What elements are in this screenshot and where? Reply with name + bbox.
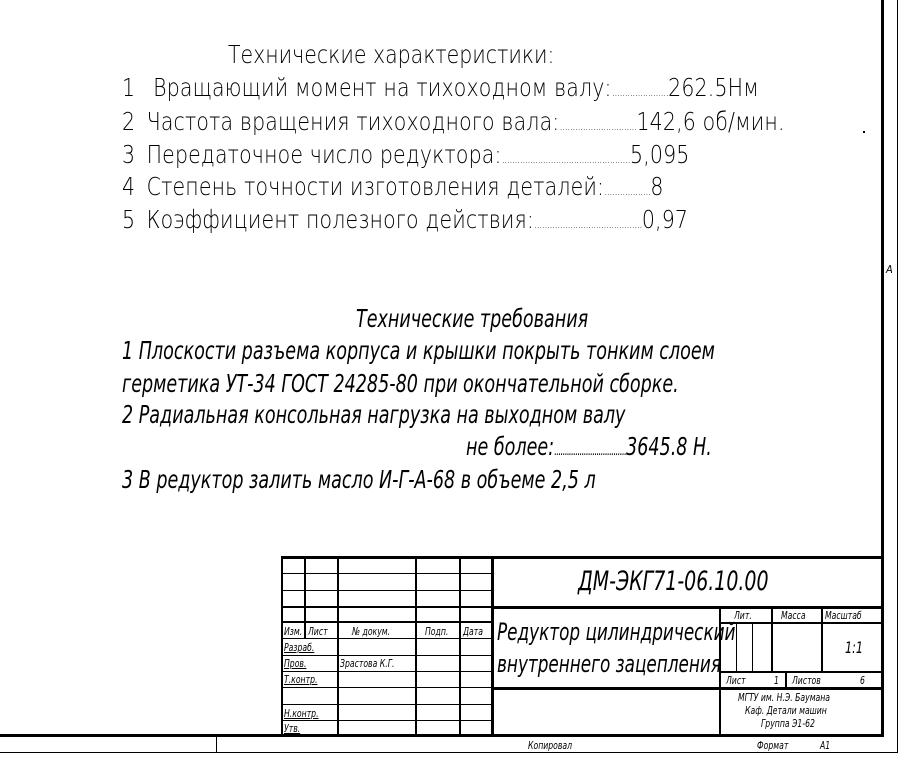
- header-list: Лист: [308, 625, 328, 638]
- requirement-load-line: не более:...............................…: [466, 432, 712, 467]
- characteristic-number: 1: [122, 73, 153, 103]
- bottom-strip-divider: [216, 736, 217, 752]
- format-value: А1: [820, 739, 830, 752]
- characteristic-label: Коэффициент полезного действия:: [147, 205, 534, 234]
- role-nkontr: Н.контр.: [284, 707, 319, 720]
- mass-label: Масса: [781, 609, 806, 622]
- requirement-line: 2 Радиальная консольная нагрузка на выхо…: [122, 400, 625, 430]
- tb-row-line: [720, 671, 883, 673]
- lit-label: Лит.: [734, 609, 752, 622]
- characteristic-value: 8: [650, 172, 663, 201]
- sheet-label: Лист: [726, 674, 746, 687]
- characteristic-number: 4: [122, 172, 147, 202]
- load-value: 3645.8 Н.: [626, 432, 712, 461]
- characteristic-number: 5: [122, 205, 147, 235]
- format-label: Формат: [757, 739, 788, 752]
- characteristic-item: 1Вращающий момент на тихоходном валу:...…: [122, 73, 759, 108]
- characteristic-leader-dots: ........................................…: [534, 217, 642, 232]
- tb-col-line: [821, 607, 823, 672]
- zone-marker: А: [886, 263, 893, 276]
- role-utv: Утв.: [284, 722, 300, 735]
- characteristic-value: 0,97: [642, 205, 688, 234]
- sheet-value: 1: [774, 674, 779, 687]
- tb-top-line: [282, 556, 884, 559]
- sheets-label: Листов: [792, 674, 821, 687]
- scale-label: Масштаб: [825, 609, 862, 622]
- role-razrab: Разраб.: [284, 641, 314, 654]
- requirement-line: 3 В редуктор залить масло И-Г-А-68 в объ…: [122, 465, 596, 495]
- tb-col-line: [752, 623, 753, 672]
- characteristic-number: 2: [122, 107, 147, 137]
- tb-col-line: [337, 556, 339, 736]
- characteristic-item: 4Степень точности изготовления деталей:.…: [122, 172, 664, 207]
- scale-value: 1:1: [845, 638, 863, 657]
- requirement-line: 1 Плоскости разъема корпуса и крышки пок…: [122, 336, 715, 366]
- role-prov: Пров.: [284, 657, 306, 670]
- copied-label: Копировал: [528, 739, 572, 752]
- role-tkontr: Т.контр.: [284, 673, 317, 686]
- characteristic-leader-dots: ......................: [612, 85, 669, 100]
- tb-col-line: [771, 607, 773, 672]
- drawing-name-line1: Редуктор цилиндрический: [497, 618, 735, 646]
- drawing-designation: ДМ-ЭКГ71-06.10.00: [578, 566, 769, 598]
- characteristic-label: Частота вращения тихоходного вала:: [147, 107, 560, 136]
- characteristic-value: 262.5Нм: [668, 73, 759, 102]
- characteristic-item: 3Передаточное число редуктора:..........…: [122, 140, 690, 175]
- sheet-edge-right: [897, 0, 898, 753]
- tb-col-line: [491, 556, 494, 736]
- sheets-value: 6: [860, 674, 865, 687]
- org-line1: МГТУ им. Н.Э. Баумана: [738, 691, 830, 704]
- tech-characteristics-title: Технические характеристики:: [228, 40, 554, 70]
- characteristic-value: 142,6 об/мин.: [636, 107, 784, 136]
- characteristic-item: 2Частота вращения тихоходного вала:.....…: [122, 107, 785, 142]
- tb-col-line: [281, 556, 283, 736]
- header-doc-no: № докум.: [352, 625, 390, 638]
- requirement-line: герметика УТ-34 ГОСТ 24285-80 при оконча…: [122, 369, 679, 399]
- characteristic-leader-dots: ..............................: [559, 119, 636, 134]
- tb-row-line: [720, 622, 883, 624]
- characteristic-label: Передаточное число редуктора:: [147, 140, 502, 169]
- characteristic-leader-dots: ........................................…: [502, 152, 630, 167]
- characteristic-label: Вращающий момент на тихоходном валу:: [153, 73, 611, 102]
- characteristic-item: 5Коэффициент полезного действия:........…: [122, 205, 688, 240]
- tb-col-line: [736, 623, 737, 672]
- tb-col-line: [304, 556, 306, 638]
- header-izm: Изм.: [284, 625, 302, 638]
- characteristic-leader-dots: ..................: [604, 184, 650, 199]
- org-line2: Каф. Детали машин: [745, 704, 827, 717]
- tech-requirements-title: Технические требования: [356, 304, 588, 334]
- frame-bottom-border: [0, 734, 884, 737]
- sheet-edge-bottom: [0, 752, 898, 753]
- header-date: Дата: [463, 625, 483, 638]
- tb-name-bottom: [492, 687, 883, 690]
- drawing-name-line2: внутреннего зацепления: [497, 650, 721, 678]
- frame-dot: [863, 131, 865, 133]
- role-prov-name: Зрастова К.Г.: [340, 657, 394, 670]
- header-sign: Подп.: [425, 625, 448, 638]
- characteristic-label: Степень точности изготовления деталей:: [147, 172, 605, 201]
- tb-col-line: [415, 556, 417, 736]
- load-label: не более:: [466, 432, 554, 461]
- characteristic-number: 3: [122, 140, 147, 170]
- characteristic-value: 5,095: [630, 140, 690, 169]
- org-line3: Группа Э1-62: [761, 717, 815, 730]
- tb-col-line: [459, 556, 461, 736]
- frame-right-border: [881, 0, 884, 737]
- tb-col-line: [785, 672, 787, 688]
- load-dots: ..................................: [554, 444, 626, 459]
